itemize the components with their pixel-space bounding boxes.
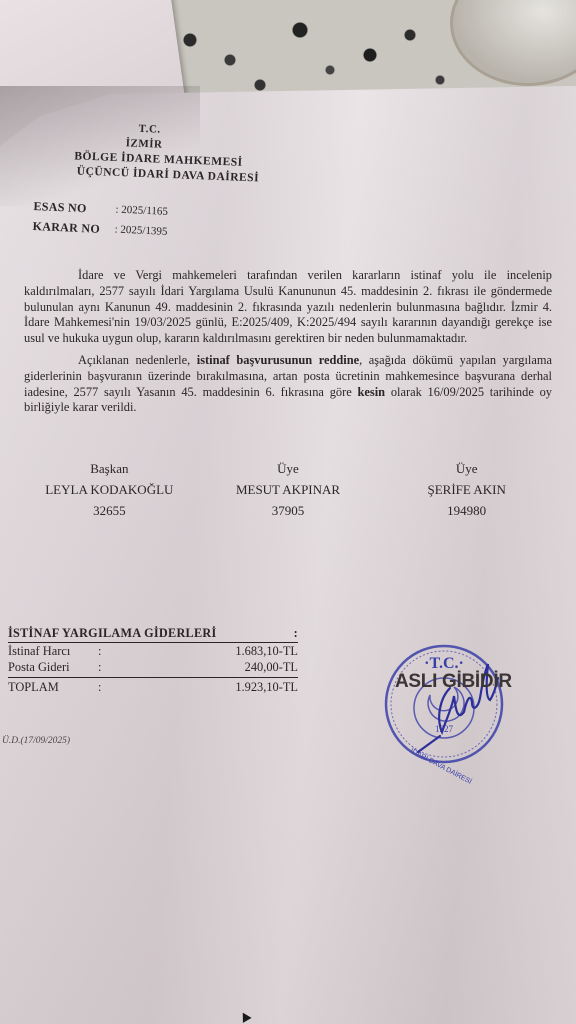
signatory-role: Üye bbox=[377, 458, 556, 479]
karar-no-value: : 2025/1395 bbox=[114, 224, 167, 238]
signatory-name: ŞERİFE AKIN bbox=[377, 479, 556, 500]
cost-colon: : bbox=[98, 644, 128, 659]
ruling-bold-final: kesin bbox=[358, 385, 386, 399]
total-amount: 1.923,10-TL bbox=[128, 680, 298, 695]
cost-label: Posta Gideri bbox=[8, 660, 98, 675]
ruling-bold-rejection: istinaf başvurusunun reddine bbox=[197, 353, 359, 367]
footer-note: Ü.D.(17/09/2025) bbox=[2, 736, 70, 746]
karar-no-label: KARAR NO bbox=[32, 218, 115, 237]
esas-no-label: ESAS NO bbox=[33, 198, 116, 217]
decision-body: İdare ve Vergi mahkemeleri tarafından ve… bbox=[24, 268, 552, 422]
total-label: TOPLAM bbox=[8, 680, 98, 695]
signatory-name: MESUT AKPINAR bbox=[199, 479, 378, 500]
ruling-text-1: Açıklanan nedenlerle, bbox=[78, 353, 197, 367]
signatory-president: Başkan LEYLA KODAKOĞLU 32655 bbox=[20, 458, 199, 521]
certified-copy-stamp: ASLI GİBİDİR bbox=[395, 671, 512, 693]
costs-title-row: İSTİNAF YARGILAMA GİDERLERİ : bbox=[8, 626, 298, 643]
case-numbers: ESAS NO : 2025/1165 KARAR NO : 2025/1395 bbox=[32, 196, 168, 242]
signatory-number: 37905 bbox=[199, 500, 378, 521]
ruling-paragraph: Açıklanan nedenlerle, istinaf başvurusun… bbox=[24, 353, 552, 416]
signatory-member-1: Üye MESUT AKPINAR 37905 bbox=[199, 458, 378, 521]
seal-icon: ·T.C.· 1927 İDARİ DAVA DAİRESİ bbox=[380, 640, 520, 770]
cost-row-total: TOPLAM : 1.923,10-TL bbox=[8, 677, 298, 695]
signatory-name: LEYLA KODAKOĞLU bbox=[20, 479, 199, 500]
signatories: Başkan LEYLA KODAKOĞLU 32655 Üye MESUT A… bbox=[20, 458, 556, 521]
total-colon: : bbox=[98, 680, 128, 695]
costs-title: İSTİNAF YARGILAMA GİDERLERİ bbox=[8, 626, 217, 641]
official-seal-stamp: ·T.C.· 1927 İDARİ DAVA DAİRESİ bbox=[380, 640, 520, 770]
cost-amount: 240,00-TL bbox=[128, 660, 298, 675]
signatory-role: Üye bbox=[199, 458, 378, 479]
cost-label: İstinaf Harcı bbox=[8, 644, 98, 659]
esas-no-value: : 2025/1165 bbox=[115, 204, 168, 218]
cost-row-appeal-fee: İstinaf Harcı : 1.683,10-TL bbox=[8, 643, 298, 659]
costs-table: İSTİNAF YARGILAMA GİDERLERİ : İstinaf Ha… bbox=[8, 626, 298, 695]
cost-row-postage: Posta Gideri : 240,00-TL bbox=[8, 659, 298, 675]
cost-amount: 1.683,10-TL bbox=[128, 644, 298, 659]
signatory-member-2: Üye ŞERİFE AKIN 194980 bbox=[377, 458, 556, 521]
cost-colon: : bbox=[98, 660, 128, 675]
costs-title-colon: : bbox=[294, 626, 298, 641]
signatory-number: 194980 bbox=[377, 500, 556, 521]
court-header: T.C. İZMİR BÖLGE İDARE MAHKEMESİ ÜÇÜNCÜ … bbox=[38, 118, 280, 187]
signatory-role: Başkan bbox=[20, 458, 199, 479]
svg-text:·T.C.·: ·T.C.· bbox=[424, 655, 464, 672]
signatory-number: 32655 bbox=[20, 500, 199, 521]
reasoning-paragraph: İdare ve Vergi mahkemeleri tarafından ve… bbox=[24, 268, 552, 347]
